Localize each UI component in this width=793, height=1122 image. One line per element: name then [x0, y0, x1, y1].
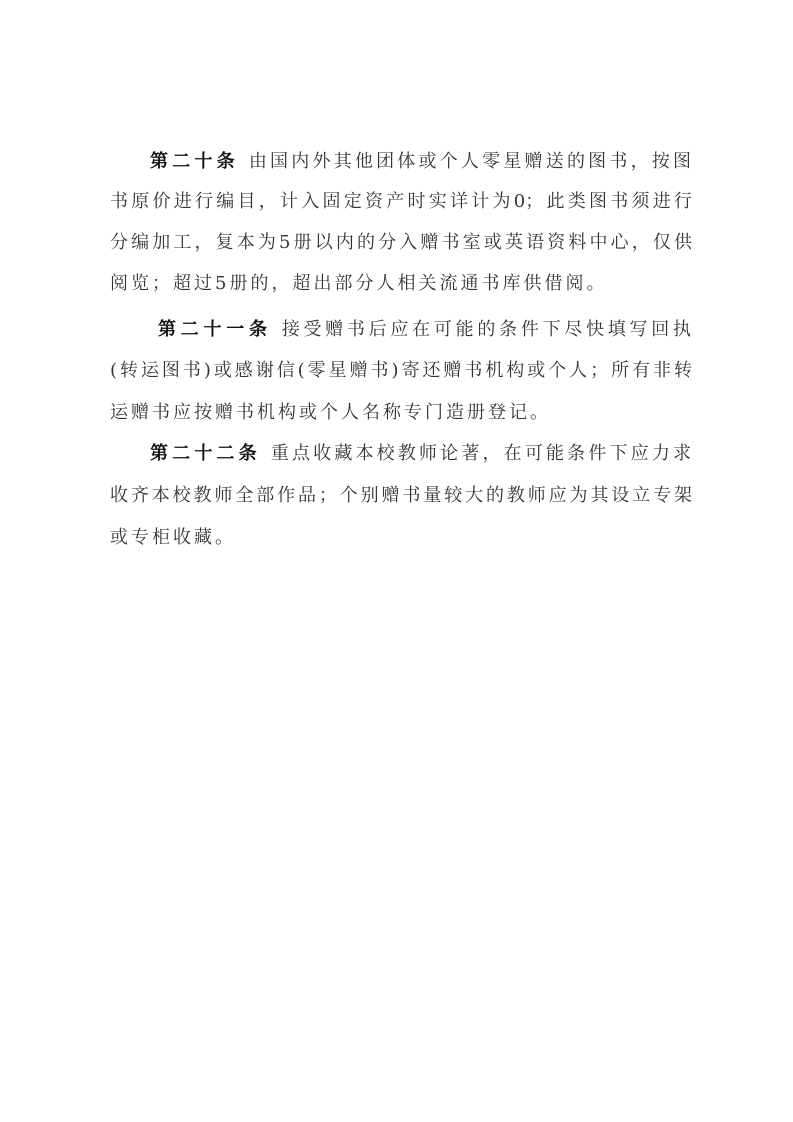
- paragraph-line: 书原价进行编目，计入固定资产时实详计为0；此类图书须进行: [110, 190, 692, 214]
- paragraph-line: 第二十条由国内外其他团体或个人零星赠送的图书，按图: [150, 150, 691, 174]
- paragraph-line: 或专柜收藏。: [110, 526, 692, 550]
- article-heading: 第二十一条: [158, 319, 272, 340]
- paragraph-line: 阅览；超过5册的，超出部分人相关流通书库供借阅。: [110, 272, 692, 296]
- paragraph-line: 第二十二条重点收藏本校教师论著，在可能条件下应力求: [150, 442, 691, 466]
- paragraph-text: 重点收藏本校教师论著，在可能条件下应力求: [271, 443, 691, 464]
- paragraph-line: 第二十一条接受赠书后应在可能的条件下尽快填写回执: [158, 318, 691, 342]
- paragraph-line: (转运图书)或感谢信(零星赠书)寄还赠书机构或个人；所有非转: [110, 359, 692, 383]
- document-page: 第二十条由国内外其他团体或个人零星赠送的图书，按图 书原价进行编目，计入固定资产…: [0, 0, 793, 1122]
- paragraph-line: 运赠书应按赠书机构或个人名称专门造册登记。: [110, 401, 692, 425]
- paragraph-line: 收齐本校教师全部作品；个别赠书量较大的教师应为其设立专架: [110, 484, 692, 508]
- paragraph-text: 接受赠书后应在可能的条件下尽快填写回执: [282, 319, 691, 340]
- paragraph-line: 分编加工，复本为5册以内的分入赠书室或英语资料中心，仅供: [110, 231, 692, 255]
- article-heading: 第二十条: [150, 151, 239, 172]
- paragraph-text: 由国内外其他团体或个人零星赠送的图书，按图: [249, 151, 691, 172]
- article-heading: 第二十二条: [150, 443, 261, 464]
